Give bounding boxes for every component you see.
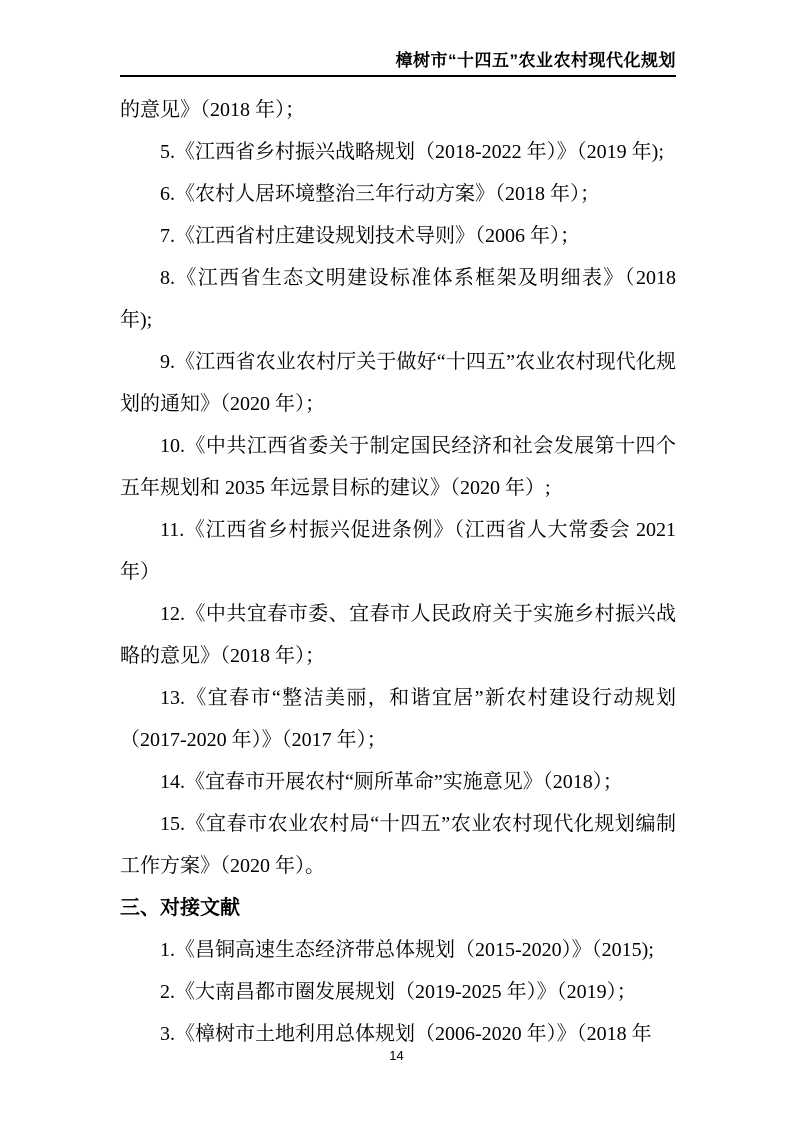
header-rule [120, 75, 676, 77]
page-header: 樟树市“十四五”农业农村现代化规划 [120, 50, 676, 72]
doc-list-item-6: 6.《农村人居环境整治三年行动方案》（2018 年）； [120, 173, 676, 215]
doc-list-item-12: 12.《中共宜春市委、宜春市人民政府关于实施乡村振兴战略的意见》（2018 年）… [120, 593, 676, 677]
paragraph-continuation: 的意见》（2018 年）； [120, 89, 676, 131]
doc-list-item-9: 9.《江西省农业农村厅关于做好“十四五”农业农村现代化规划的通知》（2020 年… [120, 341, 676, 425]
document-page: 樟树市“十四五”农业农村现代化规划 的意见》（2018 年）； 5.《江西省乡村… [0, 0, 793, 1122]
ref-list-item-1: 1.《昌铜高速生态经济带总体规划（2015-2020）》（2015); [120, 929, 676, 971]
section-heading-linked-documents: 三、对接文献 [120, 887, 676, 929]
doc-list-item-7: 7.《江西省村庄建设规划技术导则》（2006 年）； [120, 215, 676, 257]
doc-list-item-15: 15.《宜春市农业农村局“十四五”农业农村现代化规划编制工作方案》（2020 年… [120, 803, 676, 887]
doc-list-item-11: 11.《江西省乡村振兴促进条例》（江西省人大常委会 2021 年） [120, 509, 676, 593]
document-body: 的意见》（2018 年）； 5.《江西省乡村振兴战略规划（2018-2022 年… [120, 89, 676, 1055]
page-number: 14 [389, 1048, 403, 1063]
page-header-title: 樟树市“十四五”农业农村现代化规划 [396, 51, 677, 70]
doc-list-item-14: 14.《宜春市开展农村“厕所革命”实施意见》（2018）； [120, 761, 676, 803]
doc-list-item-8: 8.《江西省生态文明建设标准体系框架及明细表》（2018 年); [120, 257, 676, 341]
ref-list-item-2: 2.《大南昌都市圈发展规划（2019-2025 年）》（2019）； [120, 971, 676, 1013]
doc-list-item-5: 5.《江西省乡村振兴战略规划（2018-2022 年）》（2019 年); [120, 131, 676, 173]
doc-list-item-13: 13.《宜春市“整洁美丽，和谐宜居”新农村建设行动规划（2017-2020 年）… [120, 677, 676, 761]
doc-list-item-10: 10.《中共江西省委关于制定国民经济和社会发展第十四个五年规划和 2035 年远… [120, 425, 676, 509]
page-footer: 14 [0, 1048, 793, 1063]
